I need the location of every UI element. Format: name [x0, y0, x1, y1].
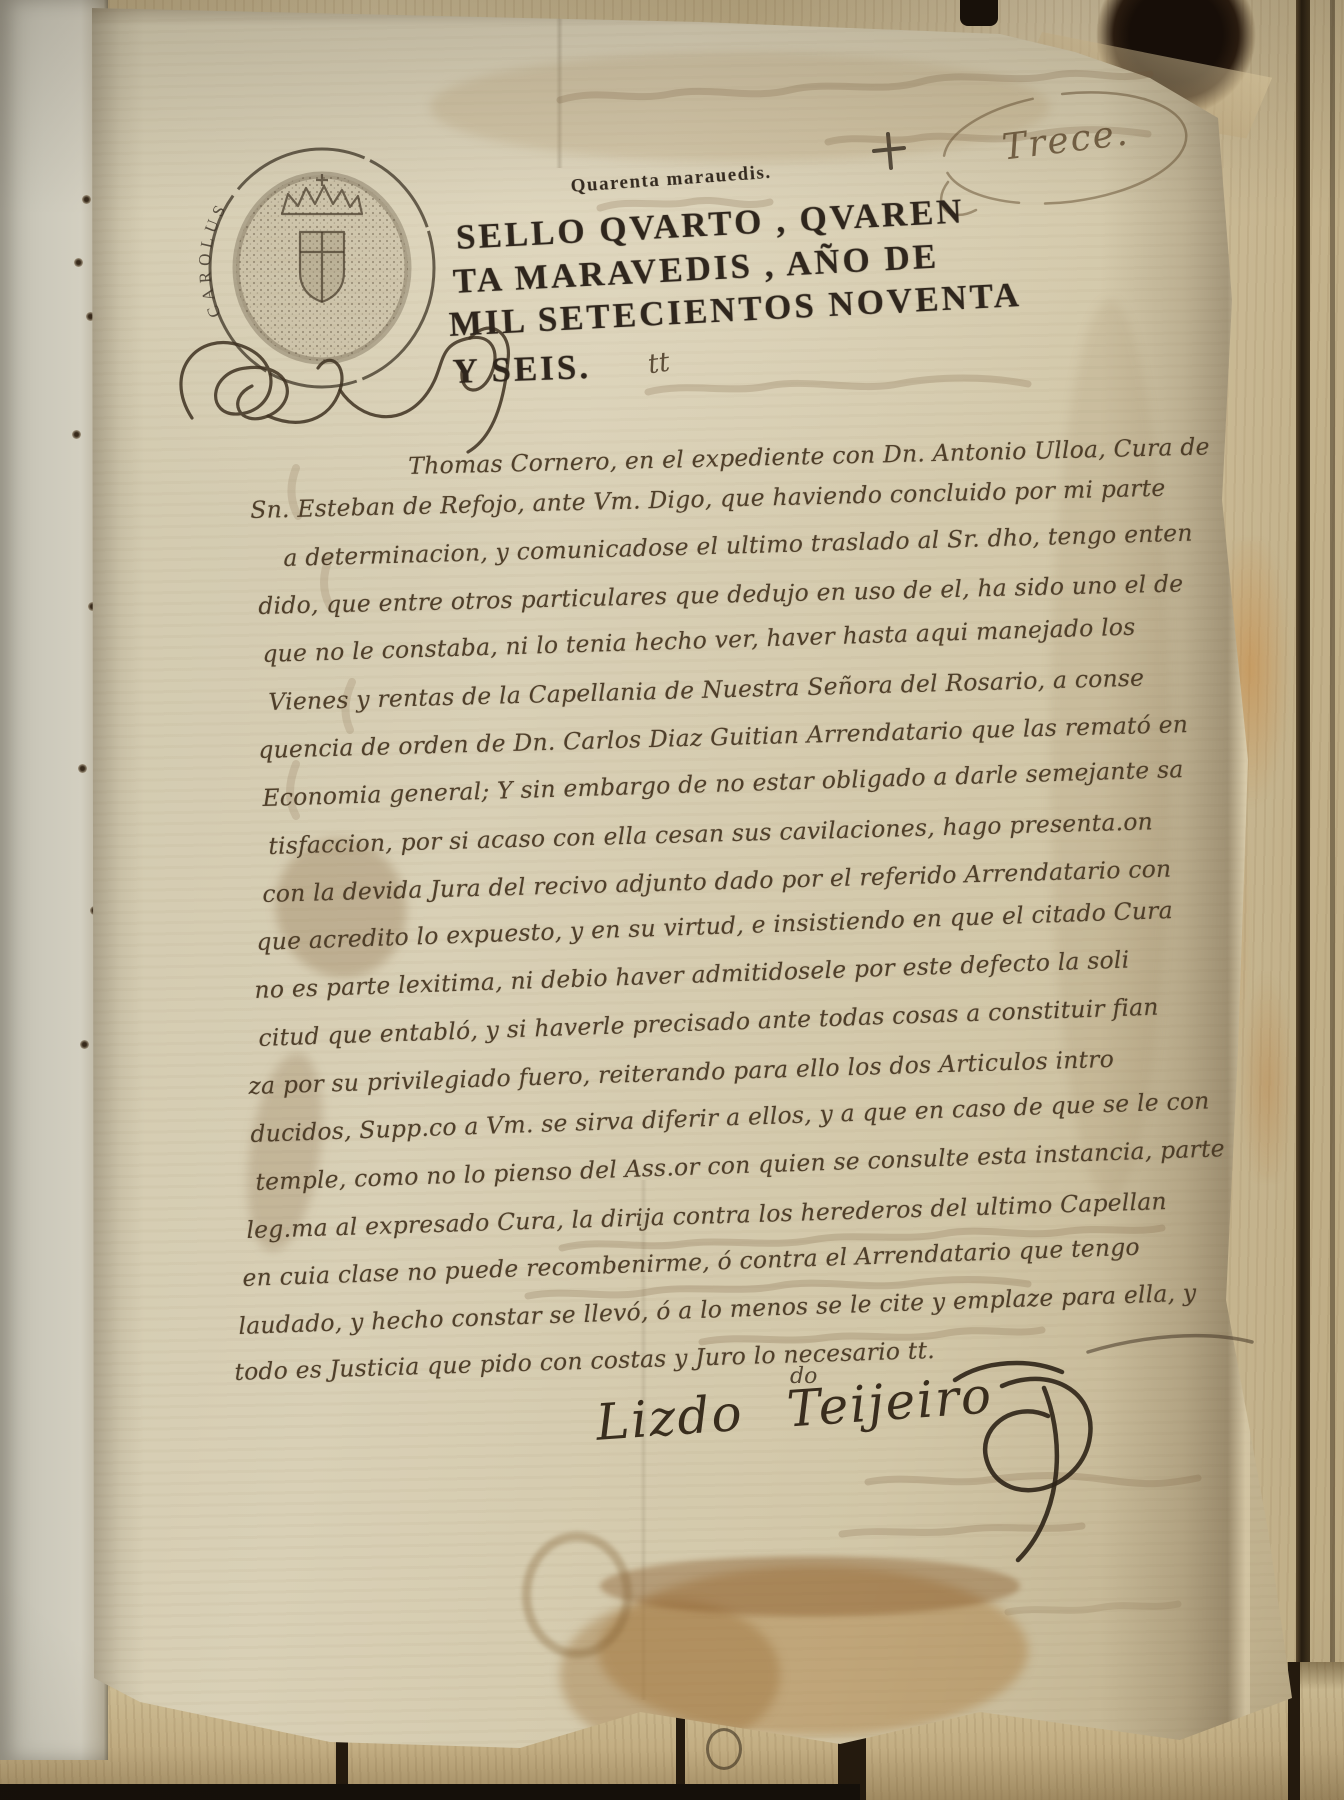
stamp-line-4: Y SEIS. [452, 347, 592, 392]
manuscript-photograph: CAROLUS [0, 0, 1344, 1800]
seal-legend: CAROLUS [195, 198, 232, 321]
stamp-flourish-mark: tt [646, 347, 672, 381]
line-end-stroke [1088, 1336, 1252, 1352]
svg-text:CAROLUS: CAROLUS [195, 198, 232, 321]
royal-seal-stamp: CAROLUS [195, 149, 434, 387]
signature-title: Lizdo [594, 1384, 745, 1452]
